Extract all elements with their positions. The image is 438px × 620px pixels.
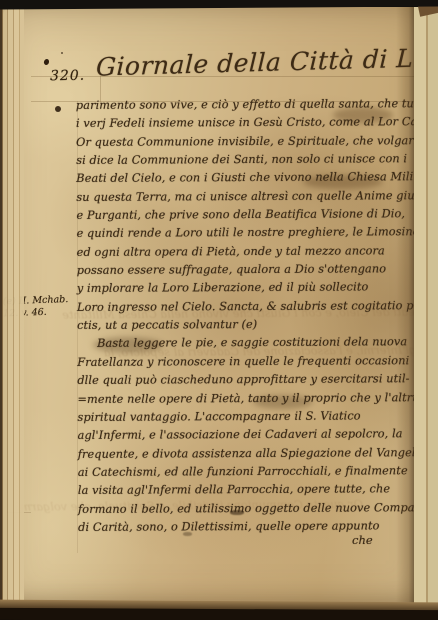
body-line: Loro ingresso nel Cielo. Sancta, & salub… xyxy=(77,297,429,317)
body-line: su questa Terra, ma ci unisce altresì co… xyxy=(76,187,428,207)
body-text: parimento sono vive, e ciò y effetto di … xyxy=(76,95,430,537)
body-line: frequente, e divota assistenza alla Spie… xyxy=(78,444,430,464)
manuscript-scan: Beati del Cielo, e con i Giusti che vivo… xyxy=(0,0,438,620)
ink-spot xyxy=(43,58,50,65)
body-line: ed ogni altra opera di Pietà, onde y tal… xyxy=(77,242,429,262)
body-line: agl'Infermi, e l'associazione dei Cadave… xyxy=(78,425,430,445)
body-line: y implorare la Loro Liberazione, ed il p… xyxy=(77,279,429,299)
body-line: Basta leggere le pie, e saggie costituzi… xyxy=(77,334,429,354)
body-line: i verj Fedeli insieme unisce in Gesù Cri… xyxy=(76,113,428,133)
body-line: possano essere suffragate, qualora a Dio… xyxy=(77,260,429,280)
page-curl-shadow xyxy=(396,7,414,608)
body-line: dlle quali può ciascheduno approfittare … xyxy=(77,370,429,390)
underlying-page-edge xyxy=(414,7,438,608)
body-line: =mente nelle opere di Pietà, tanto y il … xyxy=(77,389,429,409)
page-number: 320. xyxy=(50,68,85,85)
body-line: Or questa Communione invisibile, e Spiri… xyxy=(76,132,428,152)
body-line: Beati del Cielo, e con i Giusti che vivo… xyxy=(76,168,428,188)
ink-spot xyxy=(55,106,61,112)
body-line: spiritual vantaggio. L'accompagnare il S… xyxy=(77,407,429,427)
scanner-background-bottom xyxy=(0,608,438,620)
body-line: ai Catechismi, ed alle funzioni Parrocch… xyxy=(78,462,430,482)
body-line: si dice la Communione dei Santi, non sol… xyxy=(76,150,428,170)
body-line: e Purganti, che prive sono della Beatifi… xyxy=(76,205,428,225)
body-line: la visita agl'Infermi della Parrocchia, … xyxy=(78,480,430,500)
body-line: e quindi rende a Loro utili le nostre pr… xyxy=(77,223,429,243)
body-line: Fratellanza y riconoscere in quelle le f… xyxy=(77,352,429,372)
body-line: ctis, ut a peccatis solvantur (e) xyxy=(77,315,429,335)
body-line: formano il bello, ed utilissimo oggetto … xyxy=(78,499,430,519)
body-line: parimento sono vive, e ciò y effetto di … xyxy=(76,95,428,115)
ink-spot xyxy=(61,52,63,54)
book-binding-edges xyxy=(0,7,24,608)
catchword: che xyxy=(352,533,373,547)
body-line: di Carità, sono, o Dilettissimi, quelle … xyxy=(78,517,430,537)
